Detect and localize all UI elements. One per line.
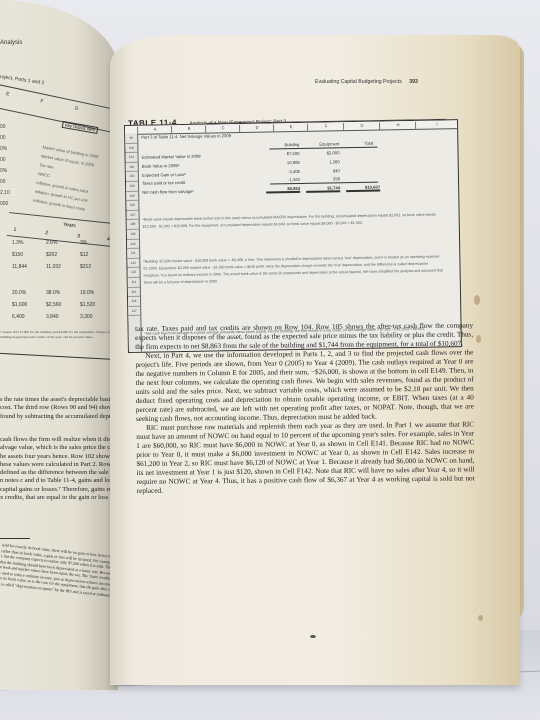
column-letter: E bbox=[273, 124, 308, 132]
input-value: 00 bbox=[0, 177, 10, 188]
input-value: 000 bbox=[0, 199, 10, 210]
grid-cell: 2.6% bbox=[46, 240, 68, 252]
row-number: 108 bbox=[127, 220, 139, 230]
text-line: hese values were calculated in Part 2. R… bbox=[0, 461, 118, 469]
grid-cell: 6,400 bbox=[12, 314, 34, 326]
running-head: Evaluating Capital Budgeting Projects 39… bbox=[315, 79, 418, 85]
input-value: 00 bbox=[0, 155, 10, 166]
body-paragraph: RIC must purchase raw materials and repl… bbox=[136, 420, 475, 496]
cell-building: $7,500 bbox=[265, 151, 299, 157]
cell-equipment: $2,000 bbox=[305, 150, 339, 156]
years-label: Years bbox=[63, 222, 76, 229]
page-number: 393 bbox=[409, 79, 418, 85]
text-line: alvage value, which is the sales price t… bbox=[0, 444, 118, 452]
row-number: 101 bbox=[125, 153, 137, 163]
row-number: 103 bbox=[126, 172, 138, 182]
input-value: 00 bbox=[0, 122, 10, 133]
text-line: s the rate times the asset's depreciable… bbox=[0, 396, 118, 404]
cell-building: 10,908 bbox=[266, 160, 300, 166]
section-title: Part 3 of Table 11-4. Net Salvage Values… bbox=[141, 133, 231, 140]
ink-mark bbox=[310, 635, 316, 638]
row-number: 104 bbox=[126, 182, 138, 192]
text-line: he assets four years hence. Row 102 show… bbox=[0, 453, 118, 461]
paper-stain bbox=[474, 295, 480, 305]
cell-equipment: 640 bbox=[306, 168, 340, 174]
table-note-b: ᵇBuilding: $7,500 market value - $10,908… bbox=[143, 253, 443, 286]
row-label: Book Value in 2009ᵃ bbox=[142, 163, 180, 169]
running-head-title: Evaluating Capital Budgeting Projects bbox=[315, 79, 402, 85]
grid-cell: $202 bbox=[46, 252, 68, 264]
paper-stain bbox=[478, 615, 483, 621]
col-header-equipment: Equipment bbox=[305, 141, 339, 147]
year-number: 1 bbox=[13, 227, 16, 233]
table-note-a: ᵃBook value equals depreciable basis (in… bbox=[143, 211, 443, 230]
grid-cell: 20.0% bbox=[12, 290, 34, 302]
left-table-footnote: * Assets: $3,117,000 for the building an… bbox=[0, 330, 118, 340]
grid-row: 6,400 3,840 3,300 bbox=[12, 314, 102, 326]
grid-cell: $12 bbox=[80, 252, 102, 264]
left-column-headers: E F G bbox=[0, 84, 115, 132]
year-number: 3 bbox=[77, 233, 80, 239]
left-table-caption: roject, Parts 1 and 2 bbox=[0, 74, 45, 86]
body-paragraph: tax rate. Taxes paid and tax credits are… bbox=[135, 321, 473, 352]
col-header: G bbox=[74, 106, 79, 113]
left-page: Analysis roject, Parts 1 and 2 E F G Key… bbox=[0, 0, 118, 690]
row-number: 109 bbox=[127, 230, 139, 240]
years-grid: 1.3% 2.6% 3% $150 $202 $12 11,844 11,032… bbox=[12, 240, 102, 326]
grid-cell: $2,560 bbox=[46, 302, 68, 314]
row-number: 111 bbox=[127, 249, 139, 259]
cell-building: -1,363 bbox=[266, 177, 300, 183]
row-number: 99 bbox=[125, 134, 137, 144]
spreadsheet-table: A B C D E F G H I 99 100 101 102 103 104… bbox=[124, 119, 462, 353]
input-value: 0% bbox=[0, 166, 10, 177]
grid-cell: 38.0% bbox=[46, 290, 68, 302]
grid-cell: 1.3% bbox=[12, 240, 34, 252]
cell-total: $10,607 bbox=[346, 185, 380, 193]
grid-row: 1.3% 2.6% 3% bbox=[12, 240, 102, 252]
row-number: 116 bbox=[128, 297, 140, 307]
cell-equipment: $1,744 bbox=[306, 185, 340, 193]
left-body-paragraph-2: cash flows the firm will realize when it… bbox=[0, 436, 118, 502]
row-label: Net cash flow from salvageᶜ bbox=[142, 189, 194, 195]
row-number: 112 bbox=[127, 258, 139, 268]
right-page: Evaluating Capital Budgeting Projects 39… bbox=[110, 35, 520, 685]
text-line: found by subtracting the accumulated dep… bbox=[0, 413, 118, 421]
column-letter: H bbox=[379, 122, 416, 130]
grid-cell: 3,840 bbox=[46, 314, 68, 326]
left-running-head: Analysis bbox=[0, 40, 22, 46]
text-line: capital gains or losses.⁷ Therefore, gai… bbox=[0, 486, 118, 494]
row-label: Estimated Market Value in 2009 bbox=[142, 154, 201, 160]
grid-cell: $312 bbox=[80, 264, 102, 276]
row-number: 110 bbox=[127, 239, 139, 249]
left-footnote-block: sold for exactly its book value, there w… bbox=[0, 542, 118, 598]
grid-cell: 11,844 bbox=[12, 264, 34, 276]
col-header: F bbox=[40, 98, 44, 105]
grid-cell: $1,520 bbox=[80, 302, 102, 314]
body-text: tax rate. Taxes paid and tax credits are… bbox=[135, 321, 475, 496]
column-letter: A bbox=[137, 126, 172, 134]
row-number: 115 bbox=[128, 287, 140, 297]
cell-building: $8,863 bbox=[266, 186, 300, 194]
text-line: n notes c and d to Table 11-4, gains and… bbox=[0, 477, 118, 485]
grid-cell: 11,032 bbox=[46, 264, 68, 276]
column-letter: D bbox=[239, 124, 274, 132]
column-letter: G bbox=[343, 123, 380, 131]
footnote-rule bbox=[0, 538, 30, 539]
row-number: 105 bbox=[126, 191, 138, 201]
row-number: 117 bbox=[128, 306, 140, 316]
row-number: 102 bbox=[126, 163, 138, 173]
body-paragraph: Next, in Part 4, we use the information … bbox=[135, 348, 474, 424]
column-letter: F bbox=[307, 123, 344, 131]
input-value: 0% bbox=[0, 144, 10, 155]
input-value: 00 bbox=[0, 133, 10, 144]
text-line: x credits, that are equal to the gain or… bbox=[0, 494, 118, 502]
row-number: 113 bbox=[128, 268, 140, 278]
grid-row: $150 $202 $12 bbox=[12, 252, 102, 264]
text-line: cost. The third row (Rows 90 and 94) sho… bbox=[0, 404, 118, 412]
grid-row: 11,844 11,032 $312 bbox=[12, 264, 102, 276]
grid-cell: 3% bbox=[80, 240, 102, 252]
input-values-column: 00 00 0% 00 0% 00 2.10 000 bbox=[0, 122, 10, 210]
col-header-building: Building bbox=[265, 142, 299, 148]
column-letter: C bbox=[205, 125, 240, 133]
grid-cell: 3,300 bbox=[80, 314, 102, 326]
grid-cell: $1,600 bbox=[12, 302, 34, 314]
grid-row: $1,600 $2,560 $1,520 bbox=[12, 302, 102, 314]
text-line: cash flows the firm will realize when it… bbox=[0, 436, 118, 444]
input-value: 2.10 bbox=[0, 188, 10, 199]
table-bottom-rule bbox=[0, 353, 118, 360]
cell-equipment: 1,360 bbox=[306, 159, 340, 165]
row-number-column: 99 100 101 102 103 104 105 106 107 108 1… bbox=[125, 134, 142, 352]
row-number: 100 bbox=[125, 143, 137, 153]
column-letter: I bbox=[415, 121, 458, 129]
row-number: 106 bbox=[126, 201, 138, 211]
input-labels-column: Market value of building in 2009 Market … bbox=[33, 142, 100, 214]
col-header: E bbox=[5, 91, 10, 98]
grid-row: 20.0% 38.0% 19.0% bbox=[12, 290, 102, 302]
row-label: Expected Gain or Lossᵇ bbox=[142, 172, 186, 178]
left-body-paragraph-1: s the rate times the asset's depreciable… bbox=[0, 396, 118, 421]
cell-equipment: 256 bbox=[306, 176, 340, 182]
grid-cell: $150 bbox=[12, 252, 34, 264]
row-number: 107 bbox=[126, 211, 138, 221]
year-number: 2 bbox=[45, 230, 48, 236]
grid-cell: 19.0% bbox=[80, 290, 102, 302]
row-label: Taxes paid or tax credit bbox=[142, 180, 185, 186]
cell-building: -3,408 bbox=[266, 169, 300, 175]
column-letter: B bbox=[171, 126, 206, 134]
text-line: defined as the difference between the sa… bbox=[0, 469, 118, 477]
paper-stain bbox=[476, 335, 481, 343]
col-header-total: Total bbox=[339, 141, 373, 147]
row-number: 114 bbox=[128, 278, 140, 288]
